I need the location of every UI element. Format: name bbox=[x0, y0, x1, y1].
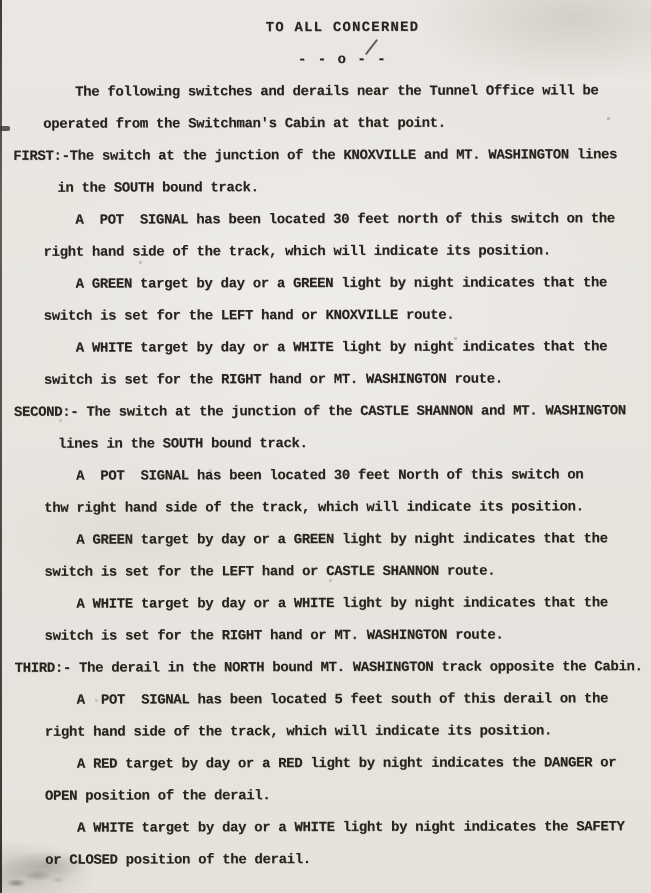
document-title: TO ALL CONCERNED bbox=[17, 11, 651, 45]
paragraph-line: operated from the Switchman's Cabin at t… bbox=[43, 107, 650, 141]
paragraph-line: A WHITE target by day or a WHITE light b… bbox=[76, 331, 651, 365]
paragraph-line: switch is set for the RIGHT hand or MT. … bbox=[44, 619, 651, 653]
paragraph-line: A POT SIGNAL has been located 30 feet No… bbox=[76, 459, 651, 493]
title-separator: - - o - - bbox=[17, 43, 651, 77]
paragraph-line: A POT SIGNAL has been located 30 feet no… bbox=[75, 203, 650, 237]
paragraph-line: The following switches and derails near … bbox=[75, 75, 650, 109]
paragraph-line: in the SOUTH bound track. bbox=[57, 171, 650, 205]
paragraph-line: A GREEN target by day or a GREEN light b… bbox=[76, 523, 651, 557]
document-content: TO ALL CONCERNED - - o - - The following… bbox=[0, 11, 651, 877]
paragraph-line: A WHITE target by day or a WHITE light b… bbox=[77, 811, 651, 845]
section-third-line: THIRD:- The derail in the NORTH bound MT… bbox=[15, 651, 651, 685]
section-first-line: FIRST:-The switch at the junction of the… bbox=[13, 139, 650, 173]
paragraph-line: A RED target by day or a RED light by ni… bbox=[77, 747, 651, 781]
scan-speckles-artifact bbox=[0, 0, 1, 1]
section-second-line: SECOND:- The switch at the junction of t… bbox=[14, 395, 651, 429]
paragraph-line: switch is set for the LEFT hand or CASTL… bbox=[44, 555, 651, 589]
paragraph-line: switch is set for the RIGHT hand or MT. … bbox=[44, 363, 651, 397]
paragraph-line: thw right hand side of the track, which … bbox=[44, 491, 651, 525]
paragraph-line: right hand side of the track, which will… bbox=[45, 715, 651, 749]
paragraph-line: A WHITE target by day or a WHITE light b… bbox=[76, 587, 651, 621]
paragraph-line: A POT SIGNAL has been located 5 feet sou… bbox=[77, 683, 651, 717]
paragraph-line: A GREEN target by day or a GREEN light b… bbox=[76, 267, 651, 301]
paragraph-line: right hand side of the track, which will… bbox=[43, 235, 650, 269]
paragraph-line: switch is set for the LEFT hand or KNOXV… bbox=[44, 299, 651, 333]
scanned-document-page: TO ALL CONCERNED - - o - - The following… bbox=[0, 0, 651, 893]
paragraph-line: or CLOSED position of the derail. bbox=[45, 843, 651, 877]
paragraph-line: lines in the SOUTH bound track. bbox=[58, 427, 651, 461]
paragraph-line: OPEN position of the derail. bbox=[45, 779, 651, 813]
